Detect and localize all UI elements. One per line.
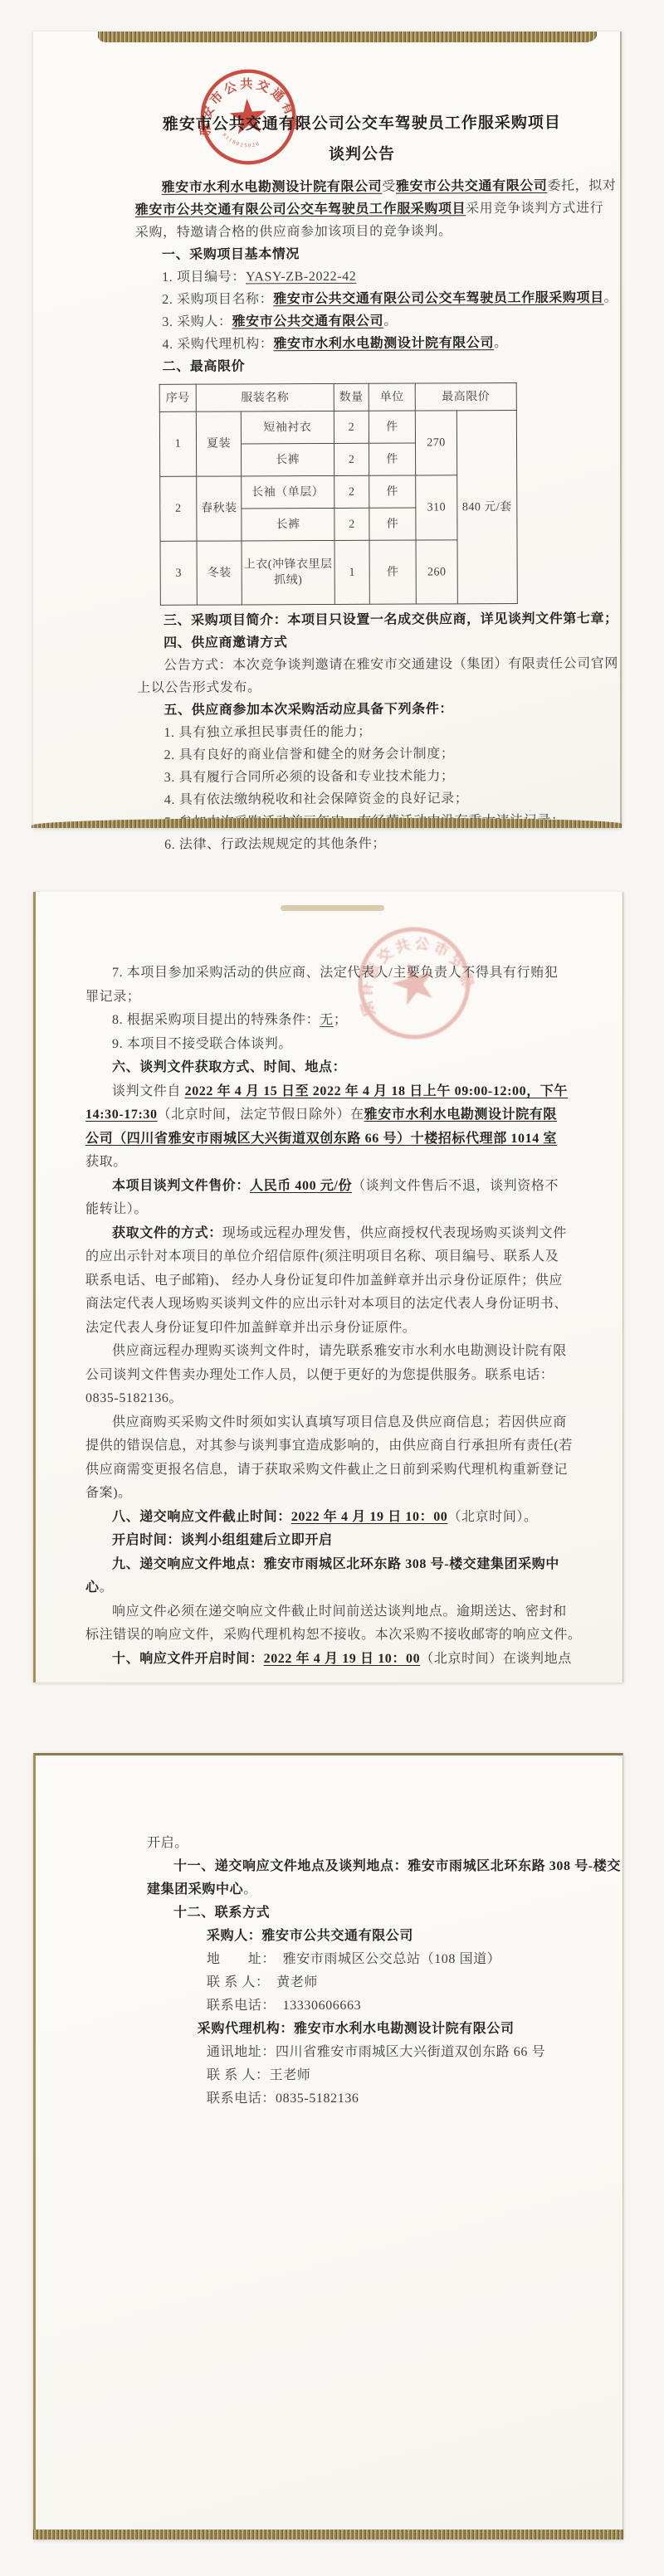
cell-total-price: 840 元/套 (456, 411, 517, 604)
text-segment: 2. 具有良好的商业信誉和健全的财务会计制度； (164, 747, 455, 762)
text-line: 采购人：雅安市公共交通有限公司 (147, 1925, 594, 1948)
text-line: 2. 具有良好的商业信誉和健全的财务会计制度； (138, 743, 592, 767)
text-segment: 联系电话： 13330606663 (207, 1999, 361, 2013)
text-segment: 谈判文件自 (112, 1084, 185, 1098)
text-segment: 委托，拟对 (547, 178, 616, 192)
text-segment: ； (334, 1013, 348, 1027)
text-line: 6. 法律、行政法规规定的其他条件； (138, 832, 592, 856)
text-segment: 获取文件的方式： (112, 1226, 222, 1240)
text-line: 获取。 (85, 1151, 594, 1175)
page-1-text-top: 雅安市公共交通有限公司公交车驾驶员工作服采购项目谈判公告雅安市水利水电勘测设计院… (134, 108, 589, 378)
text-segment: 采购代理机构：雅安市水利水电勘测设计院有限公司 (198, 2022, 515, 2036)
text-segment: 五、供应商参加本次采购活动应具备下列条件： (164, 702, 453, 718)
text-line: 开启。 (147, 1832, 594, 1855)
cell-unit: 件 (369, 411, 415, 443)
text-segment: 公司谈判文件售卖办理处工作人员，以便于更好的为您提供服务。联系电话： (85, 1368, 554, 1382)
col-header-no: 序号 (159, 384, 196, 411)
text-segment: （谈判文件售后不退，谈判资格不 (352, 1179, 559, 1193)
text-segment: 4. 采购代理机构： (162, 337, 273, 352)
text-segment: 建集团采购中心 (147, 1882, 243, 1897)
text-line: 14:30-17:30（北京时间，法定节假日除外）在雅安市水利水电勘测设计院有限 (85, 1103, 594, 1127)
text-line: 能转让）。 (85, 1198, 594, 1222)
text-segment: 。 (494, 336, 508, 350)
text-line: 本项目谈判文件售价：人民币 400 元/份（谈判文件售后不退，谈判资格不 (85, 1175, 594, 1199)
text-segment: 十二、联系方式 (173, 1906, 270, 1920)
text-line: 7. 本项目参加采购活动的供应商、法定代表人/主要负责人不得具有行贿犯 (85, 962, 594, 986)
page-3-content: 开启。十一、递交响应文件地点及谈判地点：雅安市雨城区北环东路 308 号-楼交建… (36, 1755, 622, 2111)
document-title-line: 谈判公告 (134, 139, 588, 171)
page-1-content: 雅安市公共交通有限公司公交车驾驶员工作服采购项目谈判公告雅安市水利水电勘测设计院… (32, 30, 622, 856)
text-line: 地 址： 雅安市雨城区公交总站（108 国道） (147, 1948, 594, 1971)
cell-qty: 2 (334, 411, 369, 443)
text-line: 供应商购买采购文件时须如实认真填写项目信息及供应商信息；若因供应商 (85, 1411, 594, 1435)
cell-category: 春秋装 (197, 476, 242, 541)
text-segment: 公告方式：本次竞争谈判邀请在雅安市交通建设（集团）有限责任公司官网 (164, 656, 618, 672)
text-segment: 0835-5182136。 (85, 1391, 183, 1405)
col-header-maxprice: 最高限价 (415, 383, 516, 411)
text-segment: 2022 年 4 月 19 日 10：00 (291, 1510, 448, 1524)
text-segment: 14:30-17:30 (85, 1108, 158, 1122)
text-line: 8. 根据采购项目提出的特殊条件：无； (85, 1009, 594, 1033)
text-segment: 9. 本项目不接受联合体谈判。 (112, 1037, 292, 1051)
binding-edge-bottom (33, 2530, 623, 2539)
cell-no: 3 (160, 541, 197, 605)
text-line: 公司（四川省雅安市雨城区大兴街道双创东路 66 号）十楼招标代理部 1014 室 (85, 1127, 594, 1152)
text-segment: 联 系 人： 黄老师 (207, 1975, 318, 1989)
text-segment: 受 (382, 180, 396, 194)
text-segment: 7. 本项目参加采购活动的供应商、法定代表人/主要负责人不得具有行贿犯 (112, 966, 558, 980)
text-line: 商法定代表人现场购买谈判文件的应出示针对本项目的法定代表人身份证明书、 (85, 1293, 594, 1317)
text-segment: 雅安市水利水电勘测设计院有限公司 (162, 180, 383, 195)
text-segment: 雅安市公共交通有限公司 (396, 179, 548, 194)
text-line: 雅安市水利水电勘测设计院有限公司受雅安市公共交通有限公司委托，拟对 (135, 175, 589, 199)
text-line: 开启时间：谈判小组组建后立即开启 (85, 1529, 594, 1553)
text-line: 十一、递交响应文件地点及谈判地点：雅安市雨城区北环东路 308 号-楼交 (147, 1855, 594, 1878)
cell-price: 260 (416, 540, 457, 604)
cell-unit: 件 (369, 508, 416, 540)
page-1: 雅安市公共交通有限公司 8118025020 雅安市公共交通有限公司公交车驾驶员… (33, 32, 622, 828)
text-segment: 的应出示针对本项目的单位介绍信原件(须注明项目名称、项目编号、联系人及 (85, 1249, 559, 1264)
text-segment: 四、供应商邀请方式 (164, 635, 287, 650)
page-2-content: 7. 本项目参加采购活动的供应商、法定代表人/主要负责人不得具有行贿犯罪记录；8… (36, 892, 622, 1671)
text-segment: 2022 年 4 月 19 日 10：00 (264, 1652, 421, 1666)
col-header-garment: 服装名称 (196, 383, 334, 411)
text-line: 联 系 人：王老师 (147, 2064, 594, 2087)
text-segment: 本项目谈判文件售价： (112, 1179, 250, 1193)
text-segment: （北京时间）在谈判地点 (420, 1652, 572, 1666)
text-segment: 法定代表人身份证复印件加盖鲜章并出示身份证原件。 (85, 1321, 416, 1335)
text-line: 2. 采购项目名称：雅安市公共交通有限公司公交车驾驶员工作服采购项目。 (135, 287, 589, 311)
text-segment: 雅安市公共交通有限公司公交车驾驶员工作服采购项目 (135, 202, 466, 217)
cell-item: 长袖（单层） (242, 475, 334, 508)
text-segment: 响应文件必须在递交响应文件截止时间前送达谈判地点。逾期送达、密封和 (112, 1605, 567, 1619)
cell-category: 夏装 (196, 411, 241, 476)
cell-item: 长裤 (242, 508, 334, 540)
text-segment: 1. 项目编号： (162, 270, 246, 284)
text-segment: 标注错误的响应文件，采购代理机构恕不接收。本次采购不接收邮寄的响应文件。 (85, 1628, 582, 1642)
text-segment: 八、递交响应文件截止时间： (112, 1510, 291, 1524)
text-line: 供应商需变更报名信息，请于获取采购文件截止之日前到采购代理机构重新登记 (85, 1458, 594, 1483)
text-segment: 。 (604, 290, 618, 304)
text-line: 一、采购项目基本情况 (135, 242, 589, 266)
text-segment: 能转让）。 (85, 1202, 148, 1216)
text-line: 0835-5182136。 (85, 1387, 594, 1411)
text-segment: 1. 具有独立承担民事责任的能力； (164, 725, 371, 740)
cell-price: 310 (416, 475, 457, 540)
document-title-line: 雅安市公共交通有限公司公交车驾驶员工作服采购项目 (134, 108, 588, 140)
text-segment: 十一、递交响应文件地点及谈判地点：雅安市雨城区北环东路 308 号-楼交 (173, 1859, 621, 1873)
text-line: 公告方式：本次竞争谈判邀请在雅安市交通建设（集团）有限责任公司官网 (137, 653, 591, 677)
text-segment: 联 系 人：王老师 (207, 2068, 310, 2082)
text-line: 四、供应商邀请方式 (137, 631, 591, 655)
text-segment: 九、递交响应文件地点：雅安市雨城区北环东路 308 号-楼交建集团采购中 (112, 1557, 559, 1571)
text-line: 五、供应商参加本次采购活动应具备下列条件： (137, 698, 591, 722)
text-segment: 供应商远程办理购买谈判文件时，请先联系雅安市水利水电勘测设计院有限 (112, 1344, 567, 1358)
text-segment: 3. 具有履行合同所必须的设备和专业技术能力； (164, 769, 455, 785)
text-line: 联系电话、电子邮箱)、 经办人身份证复印件加盖鲜章并出示身份证原件；供应 (85, 1269, 594, 1293)
text-segment: 8. 根据采购项目提出的特殊条件： (112, 1013, 320, 1027)
text-segment: 上以公告形式发布。 (137, 680, 261, 695)
text-segment: 公司（四川省雅安市雨城区大兴街道双创东路 66 号）十楼招标代理部 1014 室 (85, 1132, 557, 1146)
text-segment: 开启时间：谈判小组组建后立即开启 (112, 1533, 333, 1547)
text-segment: 雅安市公共交通有限公司 (232, 314, 384, 329)
text-line: 提供的错误信息，对其参与谈判事宜造成影响的，由供应商自行承担所有责任(若 (85, 1434, 594, 1458)
text-line: 十、响应文件开启时间：2022 年 4 月 19 日 10：00（北京时间）在谈… (85, 1648, 594, 1672)
text-segment: 。 (243, 1882, 257, 1897)
binding-edge-bottom (32, 818, 622, 828)
col-header-qty: 数量 (334, 383, 369, 411)
text-line: 1. 项目编号：YASY-ZB-2022-42 (135, 265, 589, 289)
text-segment: 联系电话、电子邮箱)、 经办人身份证复印件加盖鲜章并出示身份证原件；供应 (85, 1273, 563, 1288)
text-segment: 一、采购项目基本情况 (162, 247, 300, 262)
text-segment: 。 (100, 1580, 114, 1595)
text-segment: 供应商需变更报名信息，请于获取采购文件截止之日前到采购代理机构重新登记 (85, 1463, 568, 1477)
text-segment: 2022 年 4 月 15 日至 2022 年 4 月 18 日上午 09:00… (185, 1084, 568, 1098)
text-segment: 商法定代表人现场购买谈判文件的应出示针对本项目的法定代表人身份证明书、 (85, 1297, 568, 1311)
text-line: 3. 采购人：雅安市公共交通有限公司。 (135, 309, 589, 334)
text-segment: 雅安市水利水电勘测设计院有限 (364, 1108, 557, 1122)
table-header-row: 序号 服装名称 数量 单位 最高限价 (159, 383, 516, 412)
text-segment: 提供的错误信息，对其参与谈判事宜造成影响的，由供应商自行承担所有责任(若 (85, 1439, 573, 1453)
text-line: 供应商远程办理购买谈判文件时，请先联系雅安市水利水电勘测设计院有限 (85, 1340, 594, 1364)
text-line: 上以公告形式发布。 (137, 675, 591, 699)
text-segment: 地 址： 雅安市雨城区公交总站（108 国道） (207, 1952, 500, 1966)
text-segment: YASY-ZB-2022-42 (246, 270, 357, 285)
text-line: 九、递交响应文件地点：雅安市雨城区北环东路 308 号-楼交建集团采购中 (85, 1553, 594, 1577)
text-line: 公司谈判文件售卖办理处工作人员，以便于更好的为您提供服务。联系电话： (85, 1364, 594, 1388)
cell-price: 270 (415, 411, 456, 475)
text-line: 三、采购项目简介：本项目只设置一名成交供应商，详见谈判文件第七章； (137, 608, 591, 632)
text-segment: 六、谈判文件获取方式、时间、地点： (112, 1060, 346, 1074)
cell-qty: 2 (334, 508, 369, 540)
table-row: 1 夏装 短袖衬衣 2 件 270 840 元/套 (159, 411, 516, 445)
text-line: 联系电话：0835-5182136 (147, 2087, 594, 2111)
cell-item: 长裤 (242, 443, 334, 475)
text-segment: 无 (320, 1013, 334, 1027)
cell-unit: 件 (369, 475, 416, 508)
cell-qty: 1 (334, 540, 369, 604)
text-line: 4. 具有依法缴纳税收和社会保障资金的良好记录； (138, 787, 592, 811)
text-segment: 4. 具有依法缴纳税收和社会保障资金的良好记录； (164, 791, 468, 807)
text-segment: 雅安市公共交通有限公司公交车驾驶员工作服采购项目 (163, 114, 561, 134)
text-segment: 三、采购项目简介：本项目只设置一名成交供应商，详见谈判文件第七章； (164, 611, 618, 627)
col-header-unit: 单位 (369, 383, 415, 411)
text-line: 罪记录； (85, 986, 594, 1010)
text-line: 4. 采购代理机构：雅安市水利水电勘测设计院有限公司。 (135, 332, 589, 356)
page-3: 开启。十一、递交响应文件地点及谈判地点：雅安市雨城区北环东路 308 号-楼交建… (33, 1753, 623, 2539)
cell-unit: 件 (369, 540, 416, 604)
text-line: 八、递交响应文件截止时间：2022 年 4 月 19 日 10：00（北京时间）… (85, 1506, 594, 1530)
text-segment: 二、最高限价 (163, 359, 246, 373)
text-line: 联系电话： 13330606663 (147, 1994, 594, 2018)
cell-no: 2 (160, 476, 197, 541)
text-segment: 人民币 400 元/份 (250, 1179, 352, 1193)
page-2: 雅安市公共交通有限公司 7. 本项目参加采购活动的供应商、法定代表人/主要负责人… (33, 892, 623, 1682)
text-segment: 雅安市水利水电勘测设计院有限公司 (273, 336, 494, 351)
text-line: 采购，特邀请合格的供应商参加该项目的竞争谈判。 (135, 220, 589, 244)
text-segment: （北京时间，法定节假日除外）在 (158, 1108, 364, 1122)
text-line: 的应出示针对本项目的单位介绍信原件(须注明项目名称、项目编号、联系人及 (85, 1245, 594, 1269)
cell-item: 短袖衬衣 (241, 411, 334, 443)
text-segment: 2. 采购项目名称： (162, 292, 273, 307)
text-line: 联 系 人： 黄老师 (147, 1971, 594, 1994)
cell-category: 冬装 (197, 541, 242, 605)
text-segment: 现场或远程办理发售，供应商授权代表现场购买谈判文件 (222, 1226, 567, 1240)
text-line: 十二、联系方式 (147, 1902, 594, 1925)
text-segment: 罪记录； (85, 990, 140, 1004)
text-line: 通讯地址：四川省雅安市雨城区大兴街道双创东路 66 号 (147, 2041, 594, 2064)
text-line: 1. 具有独立承担民事责任的能力； (137, 720, 591, 744)
price-limit-table: 序号 服装名称 数量 单位 最高限价 1 夏装 短袖衬衣 2 件 270 (159, 382, 518, 606)
text-line: 获取文件的方式：现场或远程办理发售，供应商授权代表现场购买谈判文件 (85, 1222, 594, 1246)
text-segment: 联系电话：0835-5182136 (207, 2091, 359, 2106)
text-segment: 雅安市公共交通有限公司公交车驾驶员工作服采购项目 (273, 291, 603, 307)
text-line: 响应文件必须在递交响应文件截止时间前送达谈判地点。逾期送达、密封和 (85, 1600, 594, 1624)
text-segment: 3. 采购人： (162, 314, 232, 329)
text-line: 建集团采购中心。 (147, 1878, 594, 1902)
text-line: 心。 (85, 1576, 594, 1600)
text-segment: 谈判公告 (329, 146, 395, 163)
text-segment: 6. 法律、行政法规规定的其他条件； (164, 837, 386, 852)
cell-qty: 2 (334, 443, 369, 475)
cell-item: 上衣(冲锋衣里层抓绒) (242, 540, 334, 604)
text-line: 9. 本项目不接受联合体谈判。 (85, 1033, 594, 1057)
text-segment: 获取。 (85, 1155, 127, 1169)
text-segment: 。 (383, 314, 398, 329)
text-line: 雅安市公共交通有限公司公交车驾驶员工作服采购项目采用竞争谈判方式进行 (135, 197, 589, 222)
text-line: 3. 具有履行合同所必须的设备和专业技术能力； (138, 765, 592, 789)
text-segment: 十、响应文件开启时间： (112, 1652, 264, 1666)
cell-qty: 2 (334, 475, 369, 508)
text-segment: 采用竞争谈判方式进行 (466, 202, 603, 217)
text-segment: 开启。 (147, 1836, 188, 1850)
text-line: 备案)。 (85, 1482, 594, 1506)
text-line: 六、谈判文件获取方式、时间、地点： (85, 1056, 594, 1080)
text-segment: 采购，特邀请合格的供应商参加该项目的竞争谈判。 (135, 224, 452, 240)
text-line: 二、最高限价 (136, 354, 590, 378)
cell-no: 1 (159, 411, 196, 476)
text-line: 法定代表人身份证复印件加盖鲜章并出示身份证原件。 (85, 1317, 594, 1341)
text-segment: （北京时间）。 (447, 1510, 537, 1524)
text-line: 标注错误的响应文件，采购代理机构恕不接收。本次采购不接收邮寄的响应文件。 (85, 1624, 594, 1648)
text-line: 谈判文件自 2022 年 4 月 15 日至 2022 年 4 月 18 日上午… (85, 1080, 594, 1104)
cell-unit: 件 (369, 443, 415, 475)
text-segment: 采购人：雅安市公共交通有限公司 (207, 1929, 413, 1943)
text-segment: 供应商购买采购文件时须如实认真填写项目信息及供应商信息；若因供应商 (112, 1415, 567, 1429)
text-segment: 心 (85, 1580, 100, 1595)
text-segment: 备案)。 (85, 1486, 132, 1500)
text-segment: 通讯地址：四川省雅安市雨城区大兴街道双创东路 66 号 (207, 2045, 545, 2059)
text-line: 采购代理机构：雅安市水利水电勘测设计院有限公司 (147, 2018, 594, 2041)
